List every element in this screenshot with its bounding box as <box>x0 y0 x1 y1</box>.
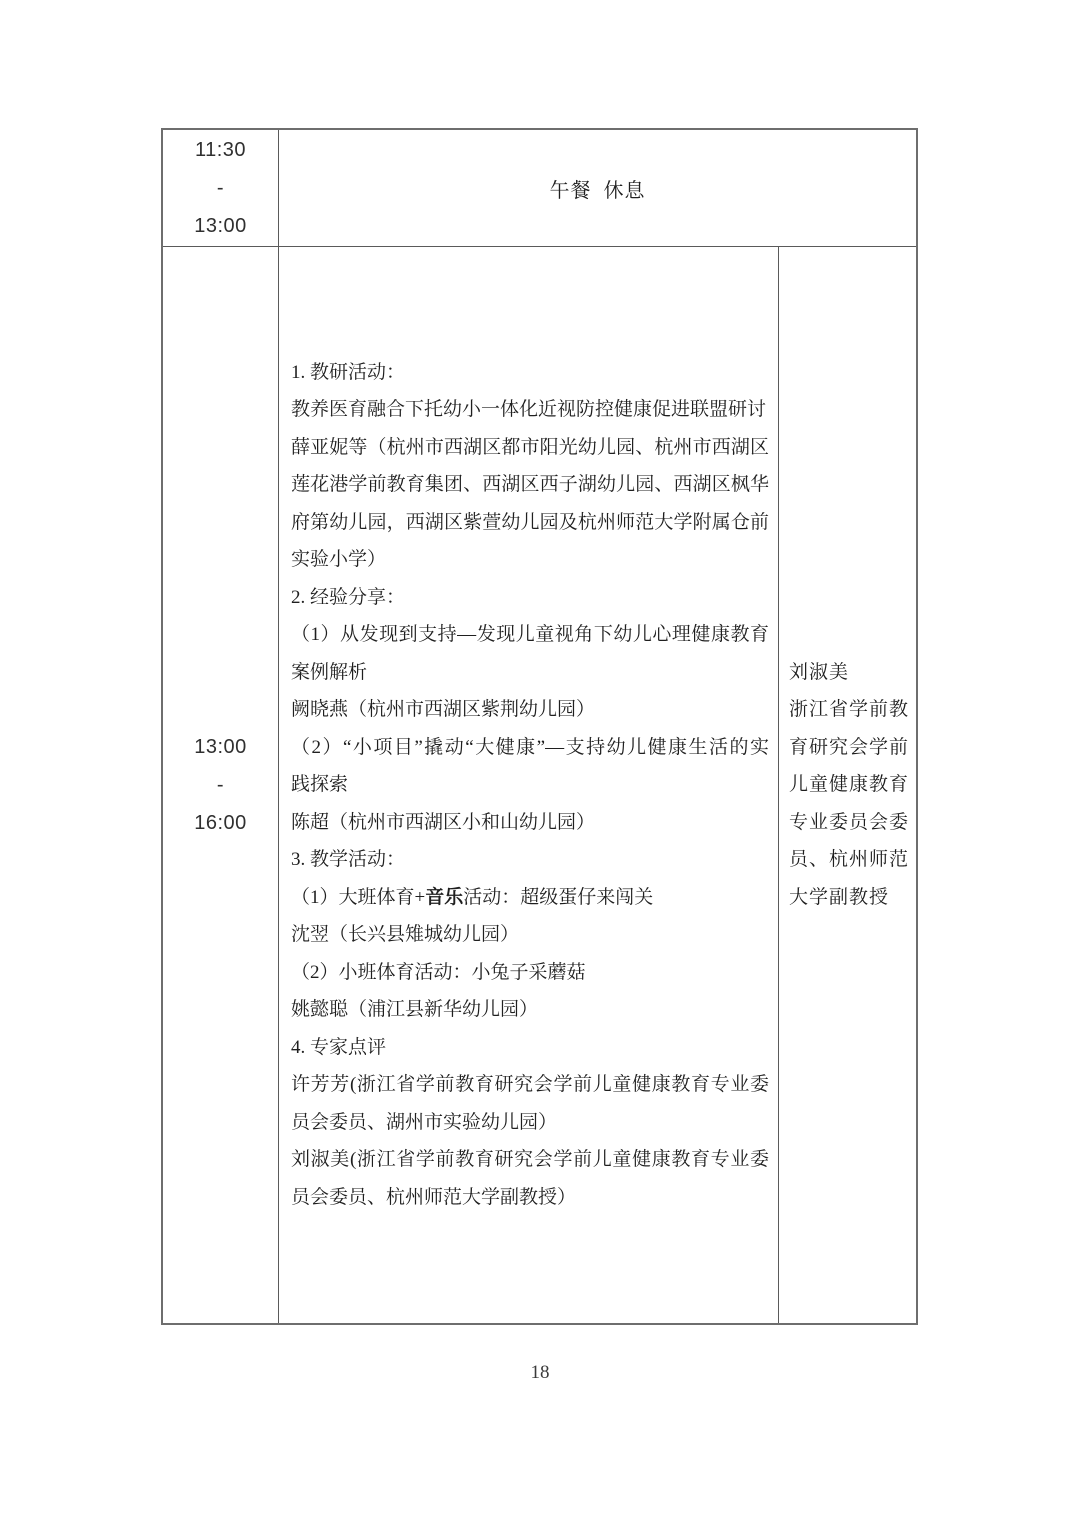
content-run: 活动：超级蛋仔来闯关 <box>463 887 653 908</box>
content-line: 1. 教研活动： <box>291 354 769 392</box>
content-line: 阙晓燕（杭州市西湖区紫荆幼儿园） <box>291 691 769 729</box>
speaker-line: 浙江省学前教 <box>789 691 914 729</box>
content-line: （1）从发现到支持—发现儿童视角下幼儿心理健康教育 <box>291 616 769 654</box>
content-run-bold: 音乐 <box>425 887 463 908</box>
content-line: （2）“小项目”撬动“大健康”—支持幼儿健康生活的实 <box>291 729 769 767</box>
content-line: 莲花港学前教育集团、西湖区西子湖幼儿园、西湖区枫华 <box>291 466 769 504</box>
speaker-line: 专业委员会委 <box>789 804 914 842</box>
content-line: 员会委员、湖州市实验幼儿园） <box>291 1104 769 1142</box>
content-line-mixed: （1）大班体育+音乐活动：超级蛋仔来闯关 <box>291 879 769 917</box>
content-line: 陈超（杭州市西湖区小和山幼儿园） <box>291 804 769 842</box>
time-start: 11:30 <box>195 131 246 169</box>
content-run: （1）大班体育+ <box>291 887 425 908</box>
speaker-line: 刘淑美 <box>789 654 914 692</box>
cell-time-lunch: 11:30 - 13:00 <box>163 130 278 246</box>
content-line: 案例解析 <box>291 654 769 692</box>
content-line: 薛亚妮等（杭州市西湖区都市阳光幼儿园、杭州市西湖区 <box>291 429 769 467</box>
document-page: { "page": { "number": "18" }, "colors": … <box>0 0 1080 1527</box>
speaker-line: 儿童健康教育 <box>789 766 914 804</box>
content-line: 3. 教学活动： <box>291 841 769 879</box>
content-line: 实验小学） <box>291 541 769 579</box>
schedule-table: 11:30 - 13:00 午餐 休息 13:00 - 16:00 1. 教研活… <box>161 128 918 1325</box>
content-line: 4. 专家点评 <box>291 1029 769 1067</box>
time-dash: - <box>217 766 224 804</box>
speaker-line: 育研究会学前 <box>789 729 914 767</box>
content-line: 刘淑美(浙江省学前教育研究会学前儿童健康教育专业委 <box>291 1141 769 1179</box>
speaker-line: 大学副教授 <box>789 879 914 917</box>
cell-speaker: 刘淑美 浙江省学前教 育研究会学前 儿童健康教育 专业委员会委 员、杭州师范 大… <box>779 247 916 1323</box>
content-line: 府第幼儿园，西湖区紫萱幼儿园及杭州师范大学附属仓前 <box>291 504 769 542</box>
lunch-label: 午餐 休息 <box>550 174 646 203</box>
content-line: 姚懿聪（浦江县新华幼儿园） <box>291 991 769 1029</box>
page-number: 18 <box>0 1362 1080 1384</box>
content-line: 许芳芳(浙江省学前教育研究会学前儿童健康教育专业委 <box>291 1066 769 1104</box>
content-line: 2. 经验分享： <box>291 579 769 617</box>
content-line: 沈翌（长兴县雉城幼儿园） <box>291 916 769 954</box>
time-start: 13:00 <box>194 728 247 766</box>
content-line: 教养医育融合下托幼小一体化近视防控健康促进联盟研讨 <box>291 391 769 429</box>
content-line: 员会委员、杭州师范大学副教授） <box>291 1179 769 1217</box>
content-line: 践探索 <box>291 766 769 804</box>
cell-lunch-content: 午餐 休息 <box>279 130 916 246</box>
speaker-line: 员、杭州师范 <box>789 841 914 879</box>
time-end: 16:00 <box>194 804 247 842</box>
content-line: （2）小班体育活动：小兔子采蘑菇 <box>291 954 769 992</box>
time-end: 13:00 <box>194 207 247 245</box>
cell-session-content: 1. 教研活动： 教养医育融合下托幼小一体化近视防控健康促进联盟研讨 薛亚妮等（… <box>279 247 778 1323</box>
time-dash: - <box>217 169 224 207</box>
cell-time-afternoon: 13:00 - 16:00 <box>163 247 278 1323</box>
